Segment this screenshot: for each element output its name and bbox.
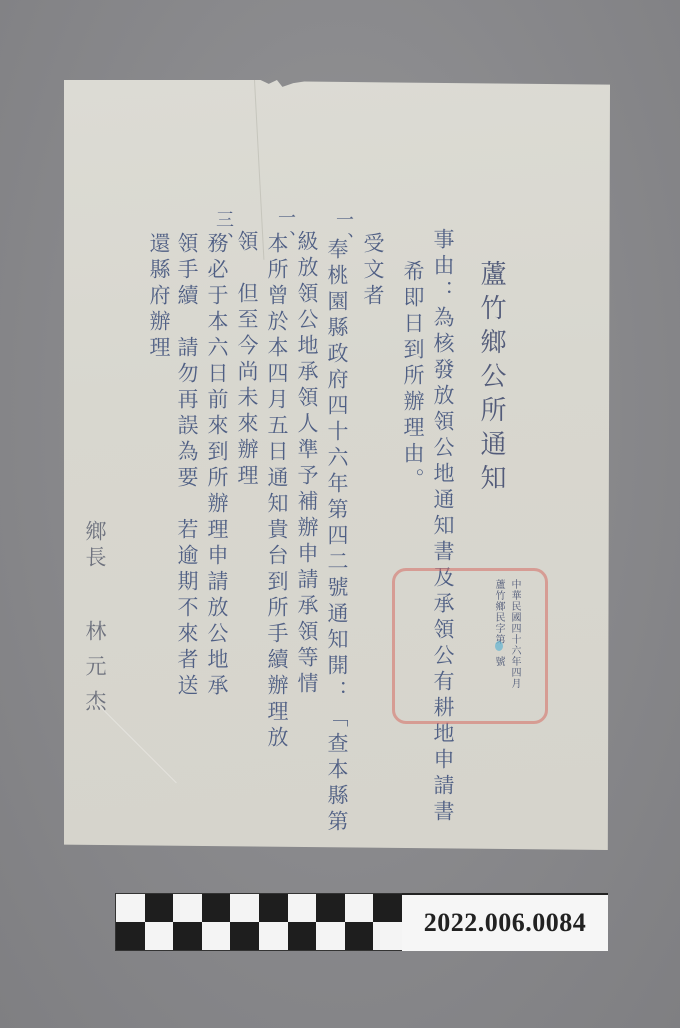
item-2-line-2: 領 但至今尚未來辦理 [236, 230, 257, 490]
scale-cell [373, 894, 402, 922]
item-3-line-2: 領手續 請勿再誤為要 若逾期不來者送 [176, 232, 197, 700]
accession-number-label: 2022.006.0084 [402, 893, 608, 951]
ink-mark [495, 641, 503, 651]
scale-cell [230, 922, 259, 950]
scale-cell [116, 922, 145, 950]
subject-line-2: 希即日到所辦理由。 [402, 260, 423, 494]
stamp-reference: 蘆竹鄉民字第 號 [491, 579, 506, 667]
scale-cell [288, 922, 317, 950]
scale-cell [145, 894, 174, 922]
scale-cell [173, 894, 202, 922]
scale-cell [259, 894, 288, 922]
scale-cell [202, 894, 231, 922]
measurement-scale-bar [115, 893, 403, 951]
item-2-line-1: 本所曾於本四月五日通知貴台到所手續辦理放 [266, 232, 287, 752]
recipient-label: 受文者 [362, 232, 383, 310]
scale-cell [116, 894, 145, 922]
scale-cell [145, 922, 174, 950]
scale-cell [230, 894, 259, 922]
scale-cell [316, 922, 345, 950]
scale-cell [316, 894, 345, 922]
stamp-date: 中華民國四十六年四月 [507, 579, 522, 689]
scale-cell [345, 922, 374, 950]
scale-cell [259, 922, 288, 950]
subject-line: 事由：為核發放領公地通知書及承領公有耕地申請書 [432, 228, 453, 826]
scale-cell [373, 922, 402, 950]
signature-role: 鄉長 [84, 520, 105, 572]
document-title: 蘆竹鄉公所通知 [478, 260, 504, 498]
document-paper: 蘆竹鄉公所通知 事由：為核發放領公地通知書及承領公有耕地申請書 希即日到所辦理由… [64, 80, 610, 850]
scale-cell [173, 922, 202, 950]
item-1-line-1: 奉桃園縣政府四十六年第四二號通知開：「查本縣第 [326, 238, 347, 836]
item-1-line-2: 級放領公地承領人準予補辦申請承領等情 [296, 230, 317, 698]
official-seal-stamp: 中華民國四十六年四月 蘆竹鄉民字第 號 [392, 568, 548, 724]
scale-cell [288, 894, 317, 922]
item-3-line-3: 還縣府辦理 [148, 232, 169, 362]
signature-name: 林元杰 [84, 620, 105, 725]
scale-cell [345, 894, 374, 922]
item-3-line-1: 務必于本六日前來到所辦理申請放公地承 [206, 232, 227, 700]
scale-cell [202, 922, 231, 950]
